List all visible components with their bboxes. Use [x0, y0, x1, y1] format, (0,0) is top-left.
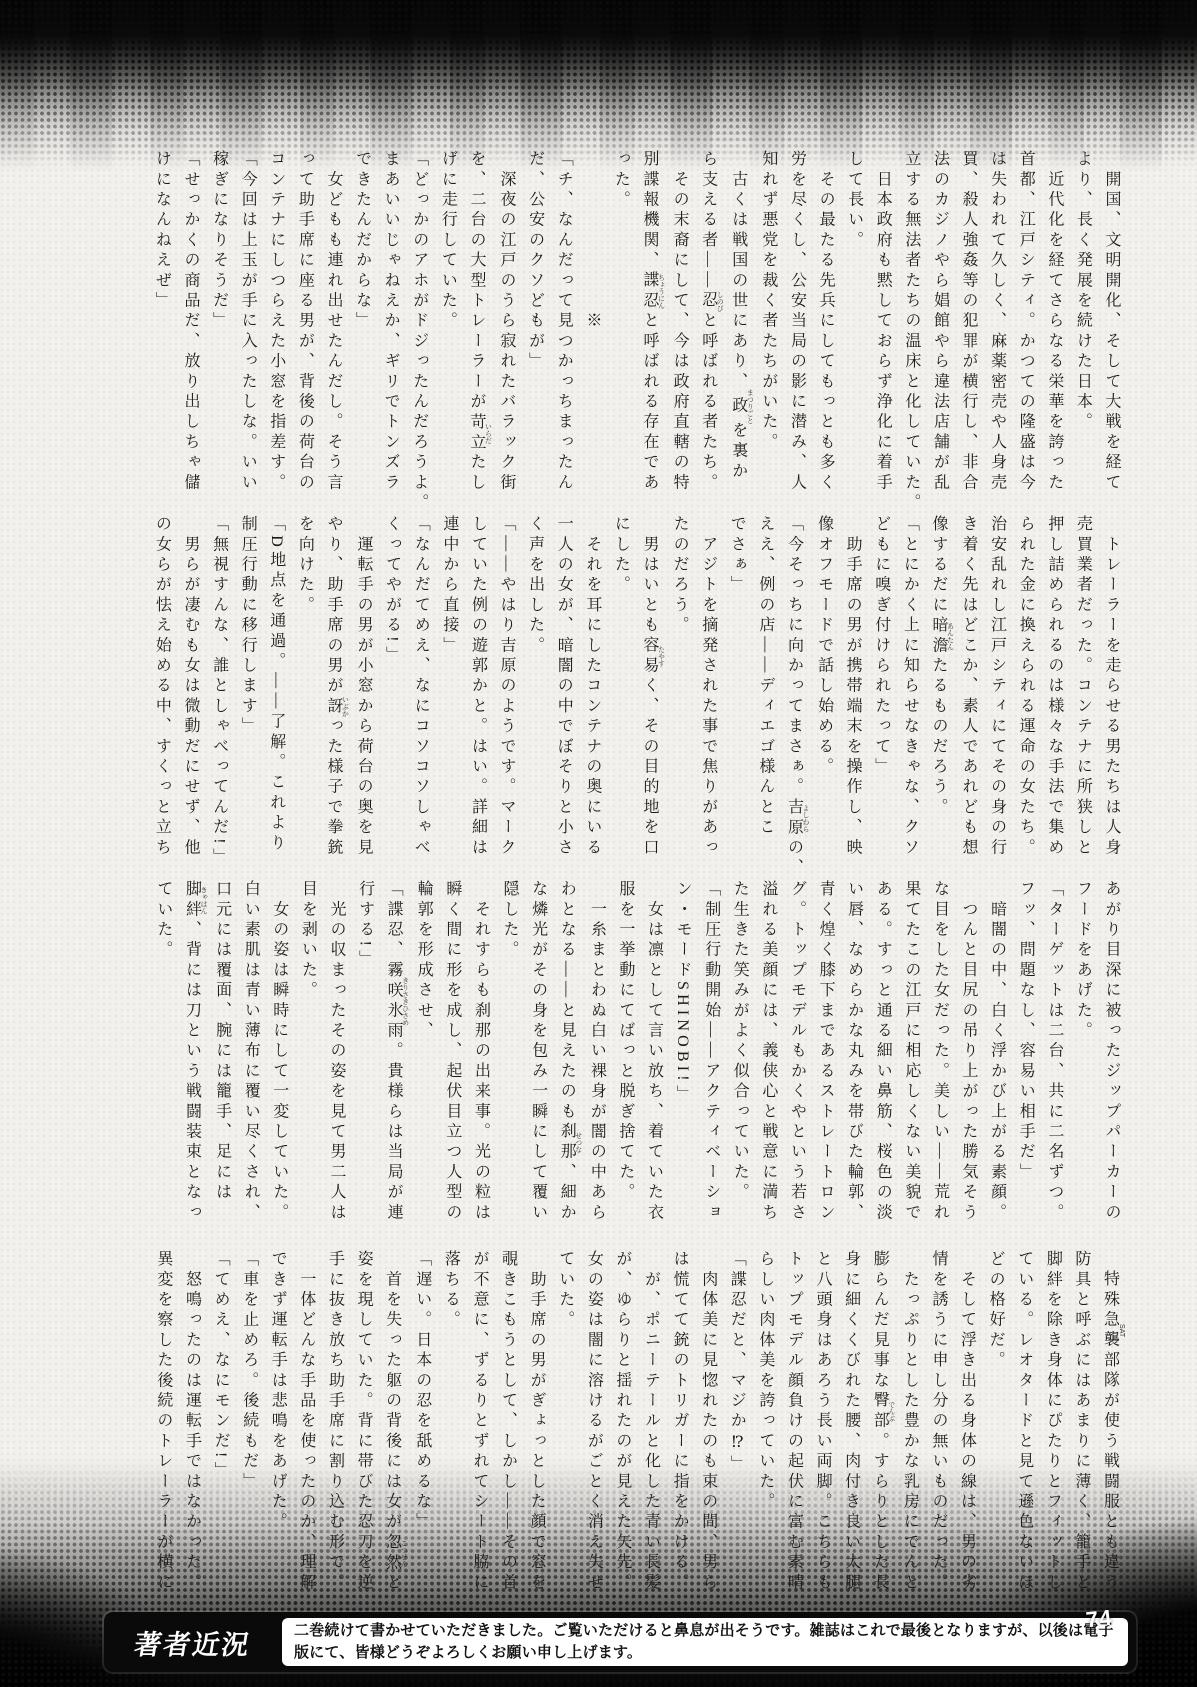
text-column: できず運転手は悲鳴をあげた。: [263, 1250, 292, 1595]
text-column: 法のカジノやら娼館やら違法店舗が乱: [925, 150, 954, 495]
text-column: 連中から直接」: [434, 515, 463, 860]
text-column: 「車を止めろ。後続もだ」: [234, 1250, 263, 1595]
text-column: い唇、なめらかな丸みを帯びた輪郭、: [839, 880, 868, 1225]
halftone-gradient-top: [0, 0, 1197, 175]
text-column: 稼ぎになりそうだ」: [204, 150, 233, 495]
text-column: 手に抜き放ち助手席に割り込む形で。: [320, 1250, 349, 1595]
text-column: ていた。: [148, 880, 177, 1225]
text-column: が不意に、ずるりとずれてシート脇に: [464, 1250, 493, 1595]
text-column: た生きた笑みがよく似合っていた。: [725, 880, 754, 1225]
text-column: 行する!」: [350, 880, 379, 1225]
text-column: 果てたこの江戸に相応しくない美貌で: [896, 880, 925, 1225]
text-column: 脚絆きゃはん、背には刀という戦闘装束となっ: [177, 880, 207, 1225]
text-column: な目をした女だった。美しい――荒れ: [925, 880, 954, 1225]
text-column: 異変を察した後続のトレーラーが横に: [148, 1250, 177, 1595]
text-column: 女は凛として言い放ち、着ていた衣: [639, 880, 668, 1225]
text-column: フッ、問題なし、容易い相手だ」: [1011, 880, 1040, 1225]
text-column: 制圧行動に移行します」: [233, 515, 262, 860]
text-column: トップモデル顔負けの起伏に富む素晴: [779, 1250, 808, 1595]
text-column: な燐光がその身を包み一瞬にして覆い: [523, 880, 552, 1225]
text-column: ええ、例の店――ディエゴ様んとこ: [750, 515, 779, 860]
text-column: 労を尽くし、公安当局の影に潜み、人: [782, 150, 811, 495]
text-column: して長い。: [839, 150, 868, 495]
text-column: 深夜の江戸のうら寂れたバラック街: [491, 150, 520, 495]
halftone-top-gradient-layer: [0, 0, 1197, 175]
text-column: 買、殺人強姦等の犯罪が横行し、非合: [953, 150, 982, 495]
text-column: 隠した。: [494, 880, 523, 1225]
text-column: 像するだに暗澹あんたんたるものだろう。: [923, 515, 953, 860]
text-column: が、ポニーテールと化した青い長髪: [636, 1250, 665, 1595]
text-column: 女どもも連れ出せたんだし。そう言: [318, 150, 347, 495]
text-column: 近代化を経てさらなる栄華を誇った: [1039, 150, 1068, 495]
text-column: 瞬く間に形を成し、起伏目立つ人型の: [437, 880, 466, 1225]
text-column: 「てめえ、なにモンだ!」: [206, 1250, 235, 1595]
text-column: 首を失った躯の背後には女が忽然こつぜんと: [377, 1250, 407, 1595]
author-note-box: 二巻続けて書かせていただきました。ご覧いただけると鼻息が出そうです。雑誌はこれで…: [282, 1618, 1128, 1666]
text-column: 「遅い。日本の忍を舐めるな」: [407, 1250, 436, 1595]
page-number: 74: [1085, 1605, 1114, 1634]
text-column: 一糸まとわぬ白い裸身が闇の中あら: [582, 880, 611, 1225]
text-column: 暗闇の中、白く浮かび上がる素顔。: [982, 880, 1011, 1225]
text-column: 情を誘うに申し分の無いものだった。: [923, 1250, 952, 1595]
text-column: どの格好だ。: [981, 1250, 1010, 1595]
text-column: き着く先はどこか、素人であれども想: [953, 515, 982, 860]
text-column: 男はいとも容易たやすく、その目的地を口: [634, 515, 664, 860]
text-column: ン・モードSHINOBI!」: [668, 880, 697, 1225]
text-column: 「なんだてめえ、なにコソコソしゃべ: [406, 515, 435, 860]
text-column: 青く煌く膝下まであるストレートロン: [810, 880, 839, 1225]
text-column: 「せっかくの商品だ、放り出しちゃ儲: [175, 150, 204, 495]
text-column: コンテナにしつらえた小窓を指差す。: [261, 150, 290, 495]
text-band-3: あがり目深に被ったジップパーカーのフードをあげた。「ターゲットは二台、共に二名ず…: [150, 880, 1125, 1225]
text-column: 「チ、なんだって見つかっちまったん: [549, 150, 578, 495]
text-column: より、長く発展を続けた日本。: [1068, 150, 1097, 495]
text-column: 治安乱れし江戸シティにてその身の行: [982, 515, 1011, 860]
text-column: の女らが怯え始める中、すくっと立ち: [147, 515, 176, 860]
text-column: 日本政府も黙しておらず浄化に着手: [868, 150, 897, 495]
text-column: 「ターゲットは二台、共に二名ずつ。: [1039, 880, 1068, 1225]
text-column: 覗きこもうとして、しかし――その首: [493, 1250, 522, 1595]
text-column: った。: [606, 150, 635, 495]
text-column: 口元には覆面、腕には籠手、足には: [207, 880, 236, 1225]
text-column: 目を剥いた。: [293, 880, 322, 1225]
text-column: 知れず悪党を裁く者たちがいた。: [753, 150, 782, 495]
text-column: 「諜忍、霧咲氷雨きりさきひさめ。貴様らは当局が連: [379, 880, 409, 1225]
text-column: 落ちる。: [436, 1250, 465, 1595]
text-column: 運転手の男が小窓から荷台の奥を見: [348, 515, 377, 860]
text-column: 開国、文明開化、そして大戦を経て: [1096, 150, 1125, 495]
text-column: 「D地点を通過。――了解。これより: [261, 515, 290, 860]
text-column: 特殊急襲部隊SATが使う戦闘服とも違う。: [1095, 1250, 1125, 1595]
text-band-2: トレーラーを走らせる男たちは人身売買業者だった。コンテナに所狭しと押し詰められる…: [150, 515, 1125, 860]
text-column: そして浮き出る身体の線は、男の劣: [952, 1250, 981, 1595]
text-column: 「制圧行動開始――アクティベーショ: [696, 880, 725, 1225]
text-column: 像オフモードで話し始める。: [809, 515, 838, 860]
text-column: 男らが凄むも女は微動だにせず、他: [175, 515, 204, 860]
text-column: 古くは戦国の世にあり、政まつりごとを裏か: [723, 150, 753, 495]
text-column: アジトを摘発された事で焦りがあっ: [693, 515, 722, 860]
text-column: 押し詰められるのは様々な手法で集め: [1039, 515, 1068, 860]
text-column: それすらも刹那の出来事。光の粒は: [466, 880, 495, 1225]
text-column: どもに嗅ぎ付けられたって」: [866, 515, 895, 860]
text-column: 「諜忍だと、マジか⁉」: [722, 1250, 751, 1595]
text-column: 「今そっちに向かってまさぁ。吉原よしわらの、: [779, 515, 809, 860]
text-column: られた金に換えられる運命の女たち。: [1011, 515, 1040, 860]
text-column: 売買業者だった。コンテナに所狭しと: [1068, 515, 1097, 860]
text-column: 「どっかのアホがドジったんだろうよ。: [404, 150, 433, 495]
text-column: していた例の遊郭かと。はい。詳細は: [463, 515, 492, 860]
text-column: にした。: [606, 515, 635, 860]
text-column: 「無視すんな、誰としゃべってんだ!」: [204, 515, 233, 860]
text-band-4: 特殊急襲部隊SATが使う戦闘服とも違う。防具と呼ぶにはあまりに薄く、籠手と脚絆を…: [150, 1250, 1125, 1595]
text-column: 防具と呼ぶにはあまりに薄く、籠手と: [1066, 1250, 1095, 1595]
text-column: げに走行していた。: [433, 150, 462, 495]
text-column: 姿を現していた。背に帯びた忍刀を逆: [348, 1250, 377, 1595]
text-column: 「今回は上玉が手に入ったしな。いい: [233, 150, 262, 495]
novel-scan-page: 開国、文明開化、そして大戦を経てより、長く発展を続けた日本。 近代化を経てさらな…: [0, 0, 1197, 1687]
text-column: 輪郭を形成させ、: [409, 880, 438, 1225]
text-band-1: 開国、文明開化、そして大戦を経てより、長く発展を続けた日本。 近代化を経てさらな…: [150, 150, 1125, 495]
text-column: 白い素肌は青い薄布に覆い尽くされ、: [236, 880, 265, 1225]
text-column: を向けた。: [290, 515, 319, 860]
text-column: だ、公安のクソどもが」: [520, 150, 549, 495]
text-column: 身に細くくびれた腰、肉付き良い太腿: [836, 1250, 865, 1595]
text-column: つんと目尻の吊り上がった勝気そう: [953, 880, 982, 1225]
author-note-text: 二巻続けて書かせていただきました。ご覧いただけると鼻息が出そうです。雑誌はこれで…: [294, 1620, 1116, 1664]
text-column: 立する無法者たちの温床と化していた。: [896, 150, 925, 495]
text-column: ている。レオタードと見て遜色ないほ: [1009, 1250, 1038, 1595]
text-column: たのだろう。: [665, 515, 694, 860]
text-column: が、ゆらりと揺れたのが見えた矢先。: [607, 1250, 636, 1595]
author-note-bar: 著者近況 二巻続けて書かせていただきました。ご覧いただけると鼻息が出そうです。雑…: [104, 1612, 1136, 1672]
text-column: グ。トップモデルもかくやという若さ: [782, 880, 811, 1225]
text-column: ある。すっと通る細い鼻筋、桜色の淡: [868, 880, 897, 1225]
text-column: って助手席に座る男が、背後の荷台の: [290, 150, 319, 495]
text-column: その最たる先兵にしてもっとも多く: [810, 150, 839, 495]
text-column: やり、助手席の男が訝いぶかった様子で拳銃: [318, 515, 348, 860]
text-column: それを耳にしたコンテナの奥にいる: [577, 515, 606, 860]
text-column: 肉体美に見惚れたのも束の間、男ら: [693, 1250, 722, 1595]
text-column: フードをあげた。: [1068, 880, 1097, 1225]
text-column: 服を一挙動にてばっと脱ぎ捨てた。: [610, 880, 639, 1225]
text-column: と八頭身はあろう長い両脚。こちらも: [807, 1250, 836, 1595]
text-column: 助手席の男がぎょっとした顔で窓を: [522, 1250, 551, 1595]
text-column: けになんねえぜ」: [147, 150, 176, 495]
text-column: できたんだからな」: [347, 150, 376, 495]
text-column: 助手席の男が携帯端末を操作し、映: [838, 515, 867, 860]
text-column: あがり目深に被ったジップパーカーの: [1096, 880, 1125, 1225]
text-column: 一体どんな手品を使ったのか、理解: [291, 1250, 320, 1595]
text-column: 「とにかく上に知らせなきゃな、クソ: [895, 515, 924, 860]
text-column: 女の姿は瞬時にして一変していた。: [264, 880, 293, 1225]
text-column: 膨らんだ見事な臀部でんぶ。すらりとした長: [865, 1250, 895, 1595]
text-column: ※: [577, 150, 606, 495]
text-column: トレーラーを走らせる男たちは人身: [1096, 515, 1125, 860]
text-column: 一人の女が、暗闇の中でぼそりと小さ: [549, 515, 578, 860]
text-column: らしい肉体美を誇っていた。: [750, 1250, 779, 1595]
text-column: 怒鳴ったのは運転手ではなかった。: [177, 1250, 206, 1595]
text-column: 光の収まったその姿を見て男二人は: [321, 880, 350, 1225]
text-column: でさぁ」: [722, 515, 751, 860]
text-column: 脚絆を除き身体にぴたりとフィットし: [1038, 1250, 1067, 1595]
text-column: は慌てて銃のトリガーに指をかける。: [665, 1250, 694, 1595]
text-column: は失われて久しく、麻薬密売や人身売: [982, 150, 1011, 495]
text-column: たっぷりとした豊かな乳房にでんと: [895, 1250, 924, 1595]
text-column: を、二台の大型トレーラーが苛立いらだたし: [461, 150, 491, 495]
author-note-label: 著者近況: [101, 1623, 285, 1662]
text-column: く声を出した。: [520, 515, 549, 860]
halftone-top-dots-layer: [0, 0, 1197, 175]
text-column: 溢れる美顔には、義侠心と戦意に満ち: [753, 880, 782, 1225]
text-column: ら支える者――忍しのびと呼ばれる者たち。: [693, 150, 723, 495]
text-column: ていた。: [550, 1250, 579, 1595]
text-column: 女の姿は闇に溶けるがごとく消え失せ: [579, 1250, 608, 1595]
text-column: 「――やはり吉原のようです。マーク: [491, 515, 520, 860]
text-column: くってやがる!」: [377, 515, 406, 860]
text-column: 別諜報機関、諜忍ちょうにんと呼ばれる存在であ: [634, 150, 664, 495]
text-column: まあいいじゃねえか、ギリでトンズラ: [376, 150, 405, 495]
text-column: その末裔にして、今は政府直轄の特: [665, 150, 694, 495]
text-column: 首都、江戸シティ。かつての隆盛は今: [1011, 150, 1040, 495]
text-column: わとなる――と見えたのも刹那せつな、細か: [552, 880, 582, 1225]
